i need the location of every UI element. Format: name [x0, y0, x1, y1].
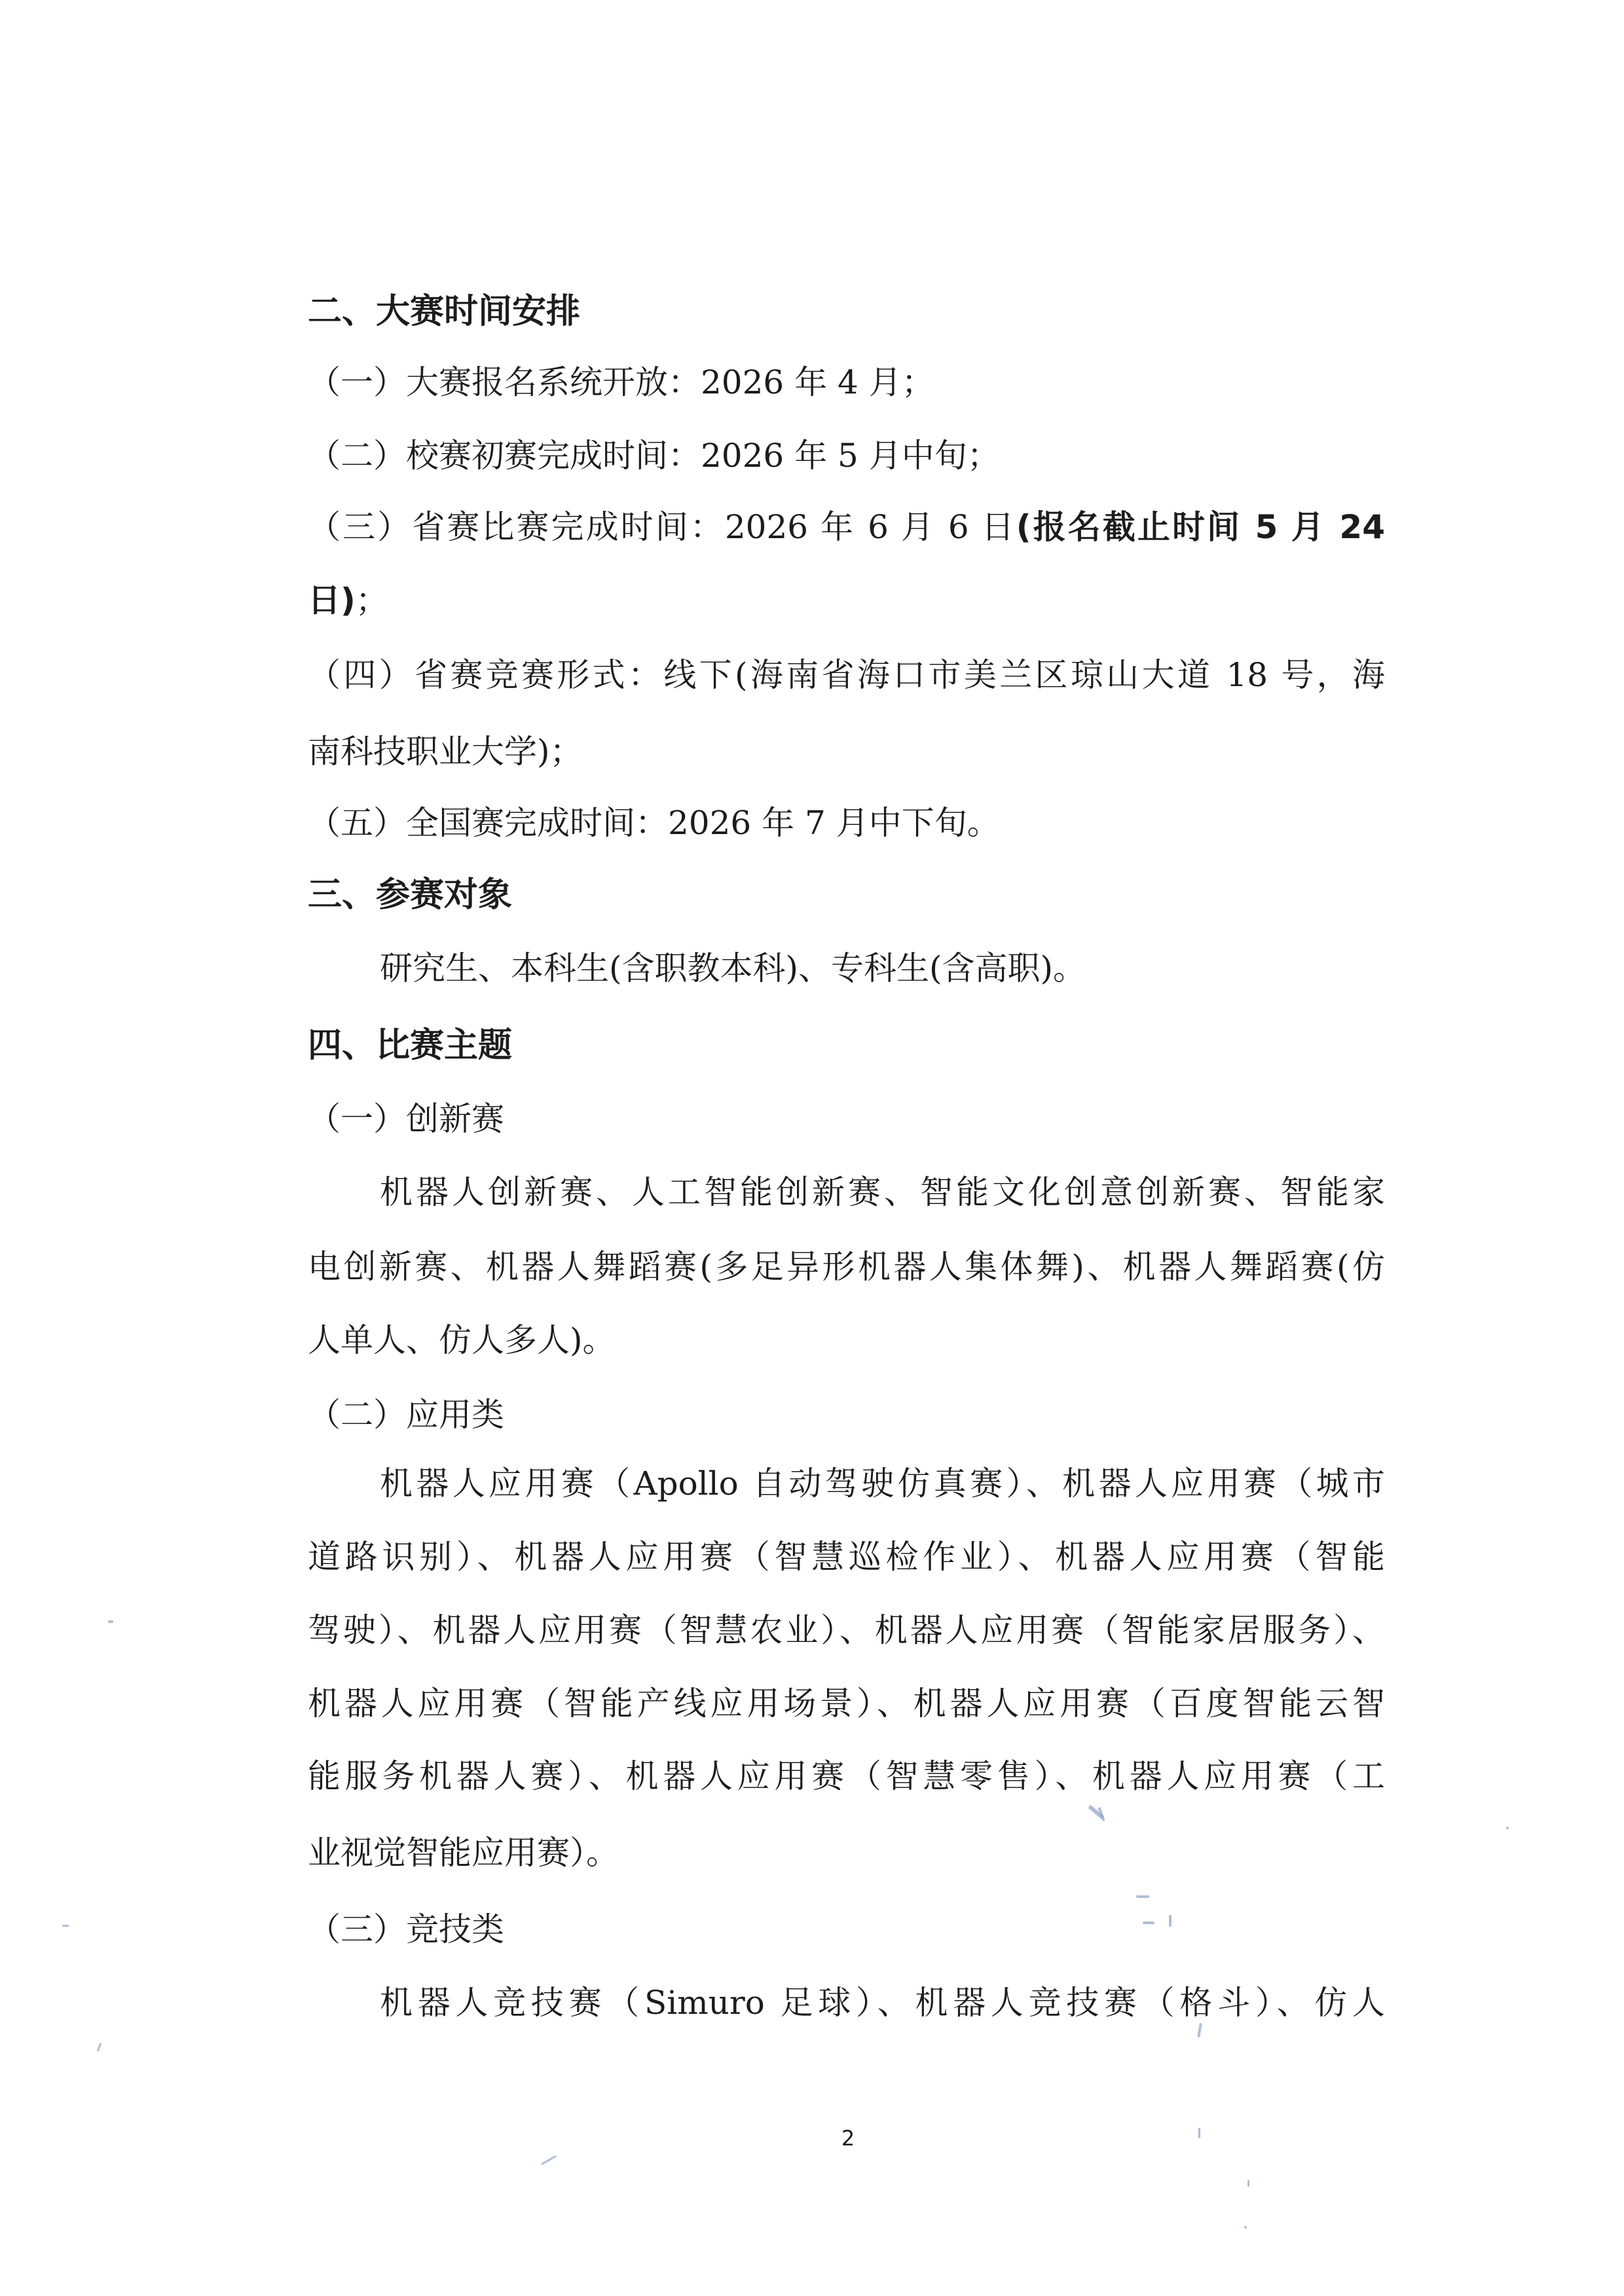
application-body-line-2: 道路识别）、机器人应用赛（智慧巡检作业）、机器人应用赛（智能: [308, 1536, 1385, 1578]
scan-speck: [1506, 1827, 1509, 1829]
subsection-title-innovation: （一）创新赛: [308, 1098, 1385, 1140]
innovation-body-line-2: 电创新赛、机器人舞蹈赛(多足异形机器人集体舞)、机器人舞蹈赛(仿: [308, 1246, 1385, 1288]
subsection-title-competition: （三）竞技类: [308, 1908, 1385, 1950]
schedule-item-3-prefix: （三）省赛比赛完成时间：2026 年 6 月 6 日: [308, 508, 1016, 546]
scan-speck: [1198, 2128, 1200, 2138]
application-body-line-1: 机器人应用赛（Apollo 自动驾驶仿真赛）、机器人应用赛（城市: [308, 1463, 1385, 1504]
schedule-item-1: （一）大赛报名系统开放：2026 年 4 月；: [308, 361, 1385, 403]
schedule-item-3-suffix: ；: [356, 581, 388, 619]
innovation-body-line-1: 机器人创新赛、人工智能创新赛、智能文化创意创新赛、智能家: [308, 1171, 1385, 1213]
scan-speck: [1244, 2226, 1247, 2229]
section-heading-participants: 三、参赛对象: [308, 874, 1385, 916]
innovation-body-line-3: 人单人、仿人多人)。: [308, 1319, 1385, 1361]
scan-speck: [1169, 1915, 1172, 1927]
registration-deadline-text: (报名截止时间 5 月 24: [1016, 508, 1385, 546]
application-body-line-3: 驾驶）、机器人应用赛（智慧农业）、机器人应用赛（智能家居服务）、: [308, 1609, 1385, 1651]
scan-speck: [541, 2155, 557, 2166]
scan-speck: [97, 2043, 102, 2052]
section-heading-themes: 四、比赛主题: [308, 1025, 1385, 1066]
application-body-line-6: 业视觉智能应用赛）。: [308, 1832, 1385, 1874]
scan-speck: [1197, 2023, 1202, 2037]
schedule-item-5: （五）全国赛完成时间：2026 年 7 月中下旬。: [308, 802, 1385, 844]
scan-speck: [62, 1925, 69, 1927]
scan-speck: [1247, 2180, 1249, 2187]
document-page: 二、大赛时间安排 （一）大赛报名系统开放：2026 年 4 月； （二）校赛初赛…: [0, 0, 1624, 2296]
application-body-line-4: 机器人应用赛（智能产线应用场景）、机器人应用赛（百度智能云智: [308, 1683, 1385, 1724]
registration-deadline-text-end: 日): [308, 581, 356, 619]
schedule-item-3-line-2: 日)；: [308, 579, 1385, 621]
application-body-line-5: 能服务机器人赛）、机器人应用赛（智慧零售）、机器人应用赛（工: [308, 1755, 1385, 1797]
participants-body: 研究生、本科生(含职教本科)、专科生(含高职)。: [308, 947, 1385, 989]
scan-speck: [1143, 1922, 1154, 1924]
schedule-item-3-line-1: （三）省赛比赛完成时间：2026 年 6 月 6 日(报名截止时间 5 月 24: [308, 506, 1385, 548]
schedule-item-4-line-2: 南科技职业大学)；: [308, 731, 1385, 773]
section-heading-schedule: 二、大赛时间安排: [308, 291, 1385, 333]
scan-speck: [1136, 1895, 1149, 1898]
schedule-item-2: （二）校赛初赛完成时间：2026 年 5 月中旬；: [308, 435, 1385, 477]
scan-speck: [108, 1620, 113, 1623]
competition-body-line-1: 机器人竞技赛（Simuro 足球）、机器人竞技赛（格斗）、仿人: [308, 1982, 1385, 2024]
schedule-item-4-line-1: （四）省赛竞赛形式：线下(海南省海口市美兰区琼山大道 18 号，海: [308, 654, 1385, 696]
page-number: 2: [832, 2125, 864, 2151]
subsection-title-application: （二）应用类: [308, 1394, 1385, 1436]
